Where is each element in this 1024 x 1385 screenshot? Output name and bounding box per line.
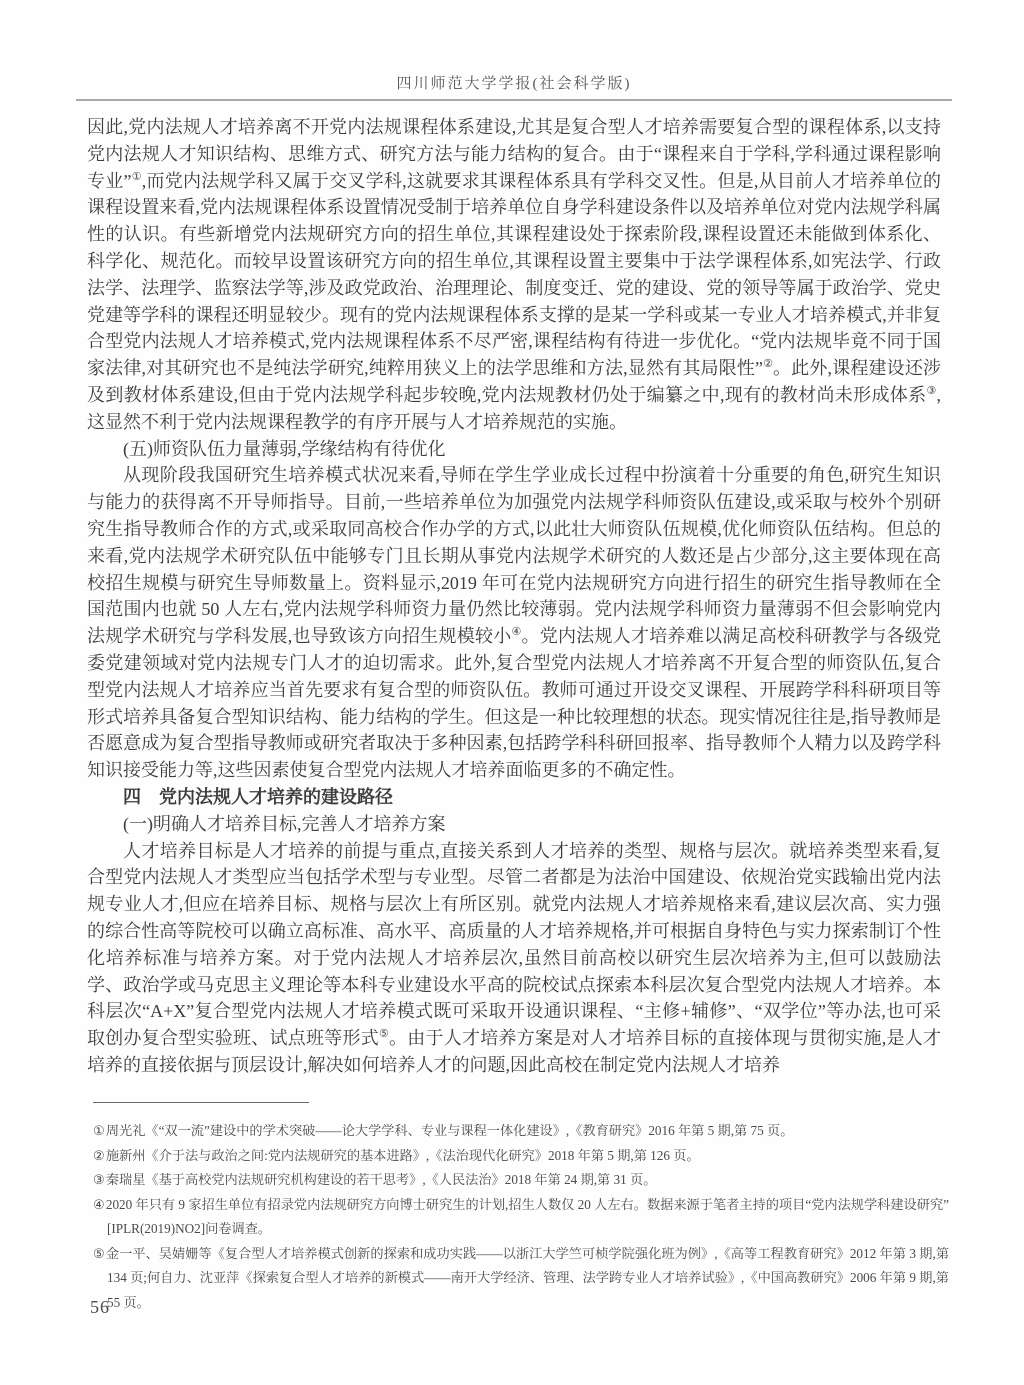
footnote-separator-rule bbox=[93, 1102, 309, 1103]
footnote-5: ⑤金一平、吴婧姗等《复合型人才培养模式创新的探索和成功实践——以浙江大学竺可桢学… bbox=[87, 1242, 949, 1316]
journal-running-head: 四川师范大学学报(社会科学版) bbox=[87, 72, 941, 93]
footnote-1: ①周光礼《“双一流”建设中的学术突破——论大学学科、专业与课程一体化建设》,《教… bbox=[87, 1119, 949, 1144]
footnote-block: ①周光礼《“双一流”建设中的学术突破——论大学学科、专业与课程一体化建设》,《教… bbox=[87, 1102, 949, 1315]
page-number: 56 bbox=[90, 1297, 110, 1318]
footnote-text: 2020 年只有 9 家招生单位有招录党内法规研究方向博士研究生的计划,招生人数… bbox=[106, 1197, 949, 1237]
footnote-4: ④2020 年只有 9 家招生单位有招录党内法规研究方向博士研究生的计划,招生人… bbox=[87, 1193, 949, 1242]
footnote-marker: ② bbox=[93, 1148, 105, 1163]
footnote-3: ③秦瑞星《基于高校党内法规研究机构建设的若干思考》,《人民法治》2018 年第 … bbox=[87, 1168, 949, 1193]
body-paragraph: 从现阶段我国研究生培养模式状况来看,导师在学生学业成长过程中扮演着十分重要的角色… bbox=[87, 462, 941, 784]
footnote-reference: ④ bbox=[512, 626, 522, 638]
footnote-text: 周光礼《“双一流”建设中的学术突破——论大学学科、专业与课程一体化建设》,《教育… bbox=[106, 1123, 794, 1138]
footnote-text: 秦瑞星《基于高校党内法规研究机构建设的若干思考》,《人民法治》2018 年第 2… bbox=[106, 1172, 657, 1187]
body-paragraph: 人才培养目标是人才培养的前提与重点,直接关系到人才培养的类型、规格与层次。就培养… bbox=[87, 838, 941, 1079]
subsection-heading-5: (五)师资队伍力量薄弱,学缘结构有待优化 bbox=[87, 436, 941, 463]
header-rule bbox=[76, 99, 952, 101]
journal-page: 四川师范大学学报(社会科学版) 因此,党内法规人才培养离不开党内法规课程体系建设… bbox=[0, 0, 1024, 1385]
subsection-heading-1: (一)明确人才培养目标,完善人才培养方案 bbox=[87, 811, 941, 838]
footnote-marker: ⑤ bbox=[93, 1246, 105, 1261]
footnote-reference: ③ bbox=[926, 385, 936, 397]
footnote-reference: ② bbox=[763, 358, 773, 370]
footnote-marker: ③ bbox=[93, 1172, 105, 1187]
section-heading-4: 四 党内法规人才培养的建设路径 bbox=[87, 784, 941, 811]
footnote-text: 金一平、吴婧姗等《复合型人才培养模式创新的探索和成功实践——以浙江大学竺可桢学院… bbox=[106, 1246, 949, 1310]
footnote-marker: ④ bbox=[93, 1197, 105, 1212]
footnote-reference: ① bbox=[132, 171, 142, 183]
footnote-marker: ① bbox=[93, 1123, 105, 1138]
article-body: 因此,党内法规人才培养离不开党内法规课程体系建设,尤其是复合型人才培养需要复合型… bbox=[87, 114, 941, 1079]
footnote-text: 施新州《介于法与政治之间:党内法规研究的基本进路》,《法治现代化研究》2018 … bbox=[106, 1148, 700, 1163]
footnote-2: ②施新州《介于法与政治之间:党内法规研究的基本进路》,《法治现代化研究》2018… bbox=[87, 1144, 949, 1169]
body-paragraph-continuation: 因此,党内法规人才培养离不开党内法规课程体系建设,尤其是复合型人才培养需要复合型… bbox=[87, 114, 941, 436]
footnote-reference: ⑤ bbox=[379, 1028, 389, 1040]
